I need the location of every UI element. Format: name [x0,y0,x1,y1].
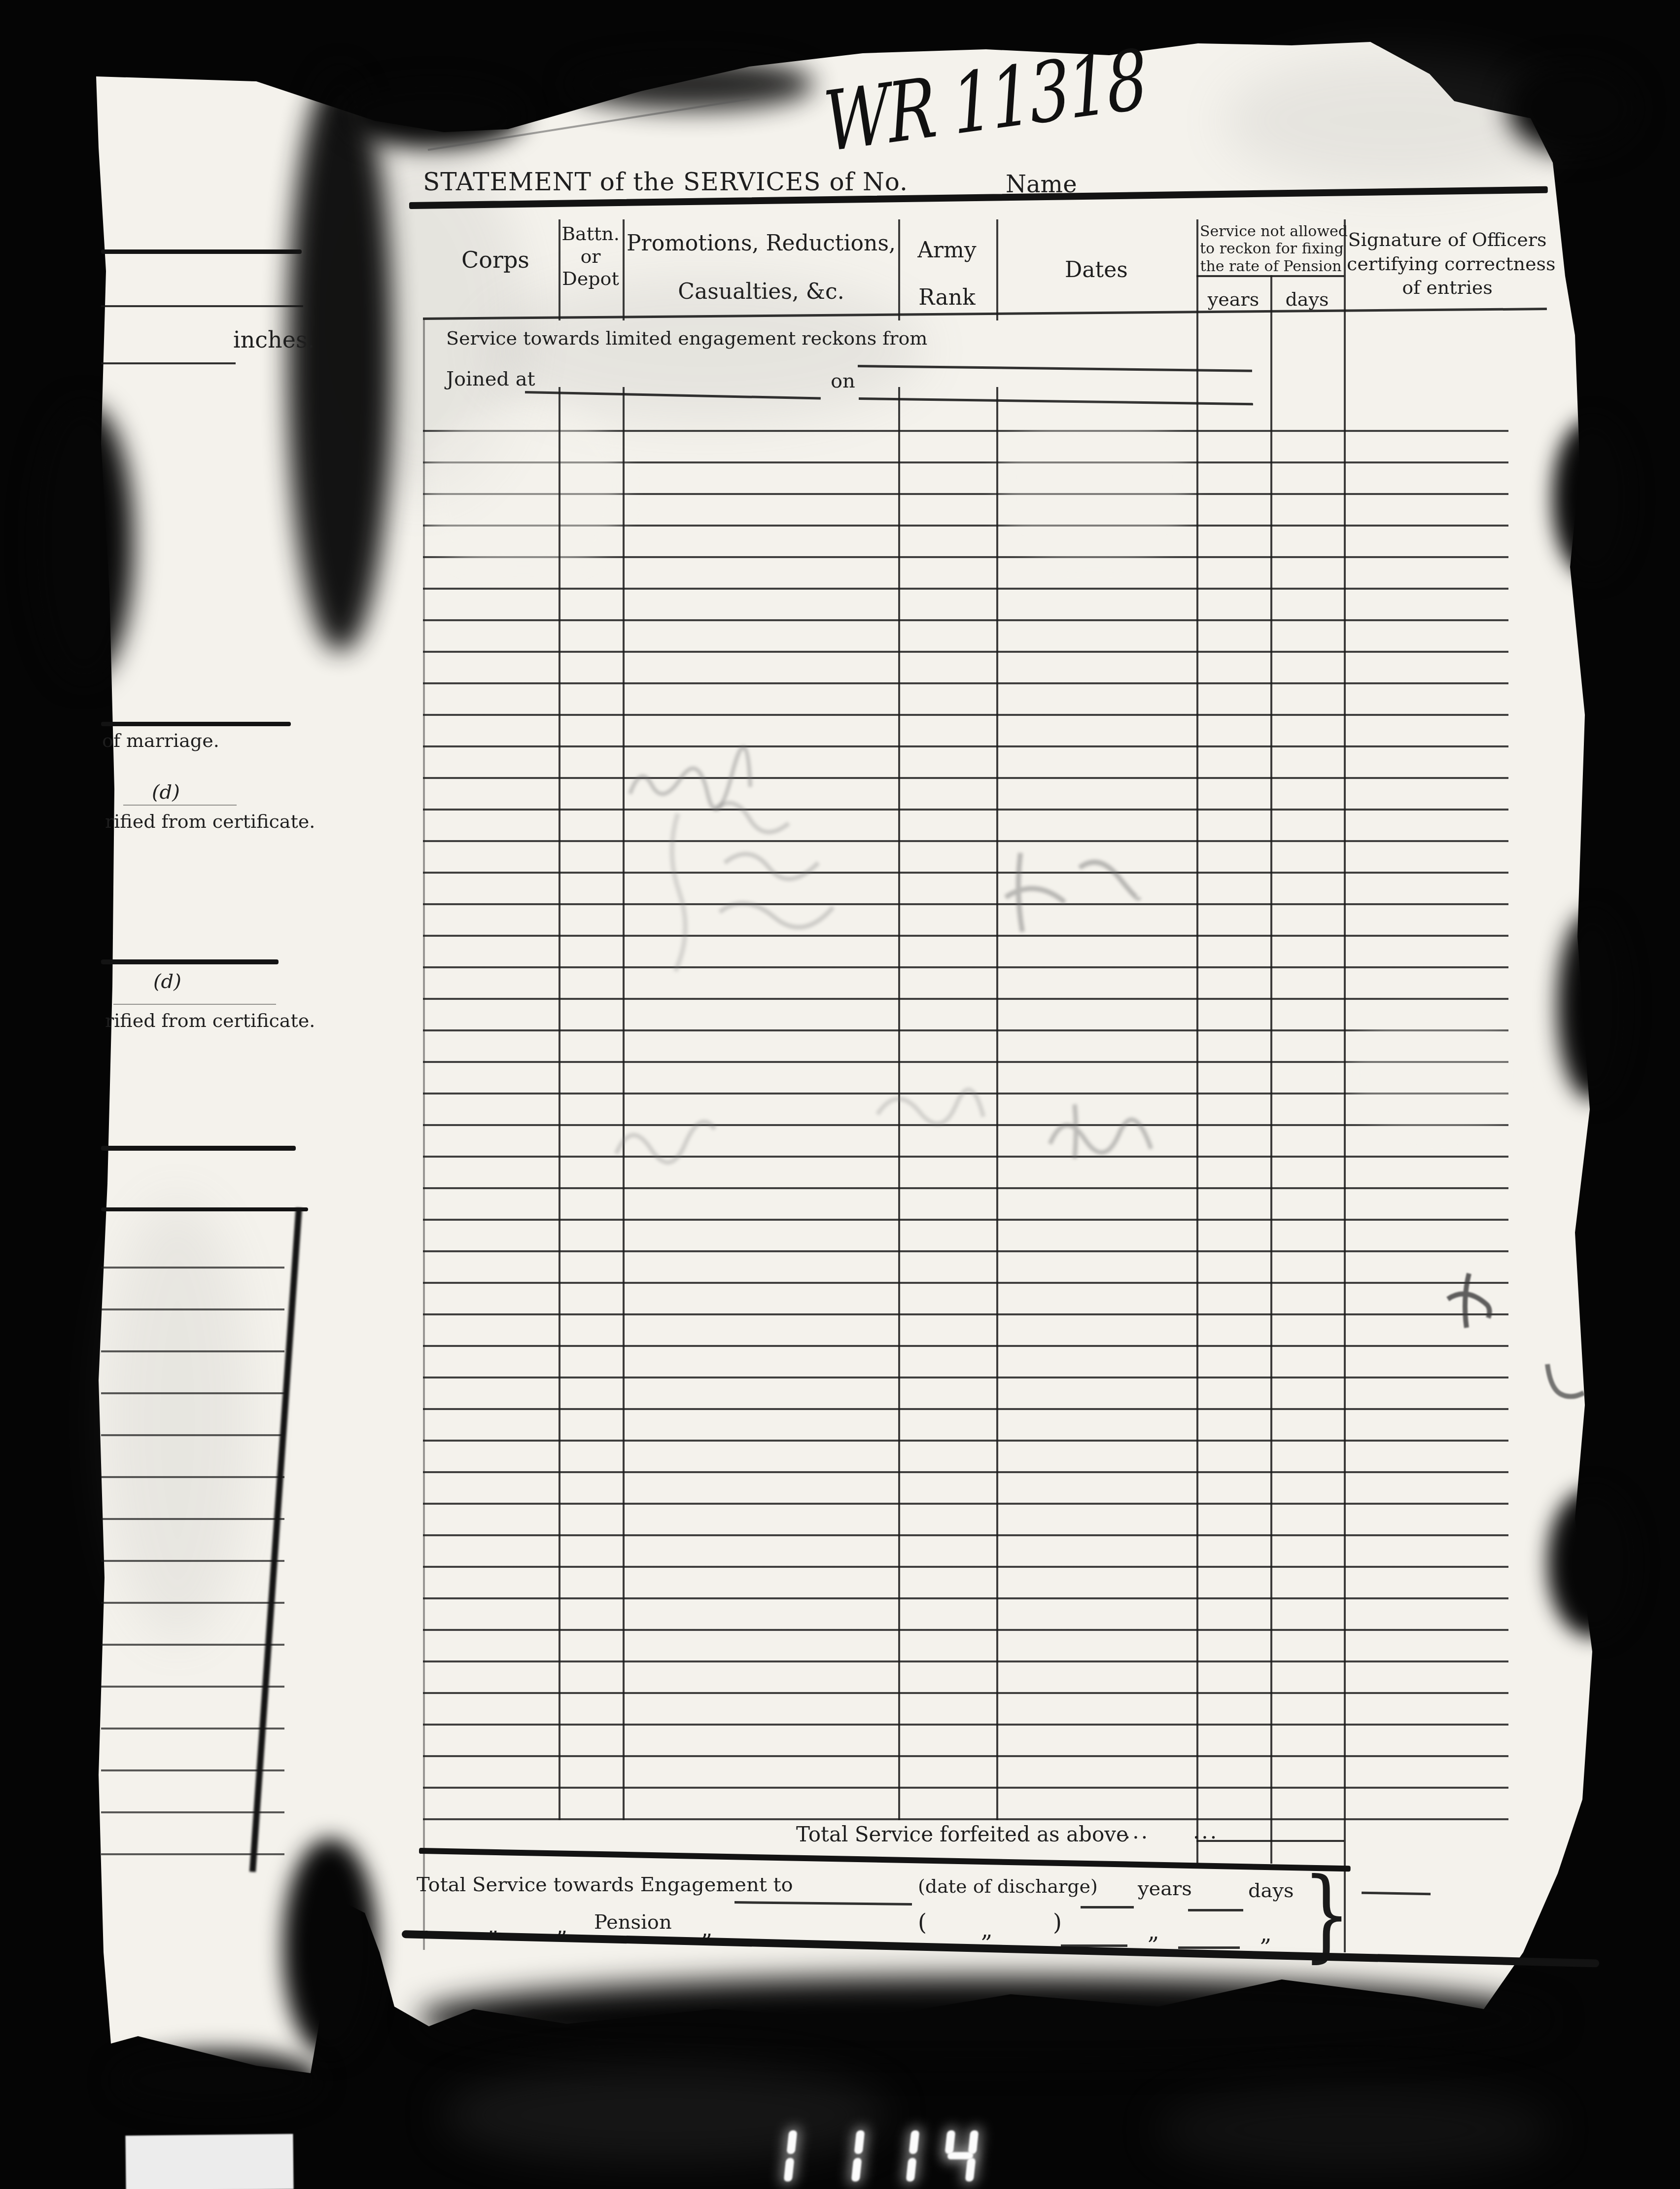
column-header-signature: Signature of Officers certifying correct… [1347,228,1548,300]
fragment-note-d: (d) [152,781,180,804]
pencil-ghost [705,789,853,949]
digit-segment [945,2130,955,2154]
paren-open: ( [918,1909,927,1936]
signature-line: of entries [1402,277,1493,298]
fragment-note-d: (d) [153,970,181,993]
microfilm-frame: inches. of marriage. (d) rified from cer… [0,0,1680,2189]
battn-line: Battn. [561,223,620,245]
pencil-mark [1442,1270,1496,1338]
fold-shadow [283,1839,377,2056]
column-divider [996,387,998,1820]
paren-close: ) [1053,1909,1062,1936]
frame-counter-digit [828,2129,865,2183]
column-header-pension-note: Service not allowed to reckon for fixing… [1200,223,1342,275]
column-divider [1196,219,1198,1864]
paper-scrap [125,2134,293,2189]
torn-edge-fuzz [1558,912,1627,1099]
ditto-mark: „ [1260,1920,1272,1946]
column-divider [423,319,425,1950]
battn-line: Depot [562,268,619,289]
scan-fade [1001,414,1188,562]
battn-line: or [580,246,600,267]
fragment-rule [101,1207,308,1211]
forfeited-dots: ... [1193,1819,1219,1843]
pencil-ghost [1001,838,1144,953]
ditto-mark: „ [1148,1918,1159,1944]
fragment-rule [101,249,302,254]
column-header-army: Army [899,238,995,263]
digit-segment [784,2158,795,2182]
service-reckons-label: Service towards limited engagement recko… [446,327,927,349]
digit-segment [968,2130,979,2154]
days-label: days [1248,1879,1294,1902]
fragment-rule [101,362,236,364]
digit-segment [851,2158,862,2182]
date-of-discharge-label: (date of discharge) [918,1875,1098,1897]
pencil-mark [1540,1358,1587,1407]
fragment-marriage: of marriage. [102,730,219,751]
pencil-ghost [656,809,700,988]
summary-brace: } [1302,1865,1351,1965]
column-divider [623,219,625,320]
digit-segment [786,2130,797,2154]
column-divider [559,219,560,320]
column-header-battn: Battn. or Depot [560,223,621,290]
column-divider [996,219,998,320]
pension-note-line: the rate of Pension [1200,258,1341,275]
column-divider [898,219,900,320]
engagement-label: Total Service towards Engagement to [417,1873,793,1896]
fragment-rule [101,722,291,726]
fragment-inches: inches. [233,326,315,353]
forfeited-dots: ... [1124,1819,1150,1843]
fill-in-rule [1081,1906,1134,1908]
scan-fade [425,409,622,572]
signature-line: certifying correctness [1347,253,1555,275]
pension-label: Pension [594,1911,672,1934]
fragment-rule [101,959,279,964]
column-header-rank: Rank [899,285,995,310]
joined-on-label: on [831,370,855,392]
fill-in-rule [1188,1909,1243,1911]
column-header-years: years [1196,288,1270,310]
pencil-ghost [1040,1094,1158,1170]
gutter-shadow [288,69,392,651]
column-divider [1344,219,1346,1952]
digit-segment [909,2130,919,2154]
pencil-ghost [873,1070,986,1136]
fragment-certificate: rified from certificate. [105,811,315,832]
fragment-certificate: rified from certificate. [105,1010,315,1031]
column-header-dates: Dates [997,257,1195,282]
fragment-rule [101,305,303,307]
frame-counter-digit [942,2129,979,2183]
joined-at-label: Joined at [446,368,535,390]
fragment-rule [123,805,237,806]
frame-counter-digit [882,2129,920,2183]
forfeited-label: Total Service forfeited as above [796,1822,1128,1846]
torn-bottom-fuzz [113,2051,320,2110]
column-header-promotions-2: Casualties, &c. [626,279,896,304]
torn-edge-fuzz [567,58,813,110]
form-title: STATEMENT of the SERVICES of No. [423,168,908,196]
torn-bottom-fuzz [419,1977,1553,2061]
column-divider [559,387,560,1820]
film-frame-counter [763,2129,980,2183]
digit-segment [965,2158,976,2182]
film-texture [1158,2085,1553,2174]
signature-line: Signature of Officers [1348,229,1547,250]
scan-fade [1351,1011,1523,1134]
digit-segment [906,2158,917,2182]
pencil-ghost [611,1099,720,1175]
pension-note-line: to reckon for fixing [1200,240,1344,257]
torn-edge-fuzz [1553,419,1632,577]
torn-corner [1508,64,1637,153]
fragment-rule [113,1004,276,1005]
fragment-ruled-lines [101,1227,284,1863]
fill-in-rule [1178,1946,1240,1949]
column-header-promotions-1: Promotions, Reductions, [626,231,896,256]
edge-shadow [35,404,133,680]
digit-segment [854,2130,865,2154]
column-header-corps: Corps [434,247,557,273]
frame-counter-digit [760,2129,798,2183]
ditto-mark: „ [981,1916,993,1942]
torn-edge-fuzz [1548,1489,1637,1637]
pension-note-line: Service not allowed [1200,223,1348,240]
column-divider [1270,275,1272,1864]
fragment-rule [101,1146,296,1151]
years-label: years [1138,1877,1192,1900]
column-header-days: days [1270,288,1344,310]
